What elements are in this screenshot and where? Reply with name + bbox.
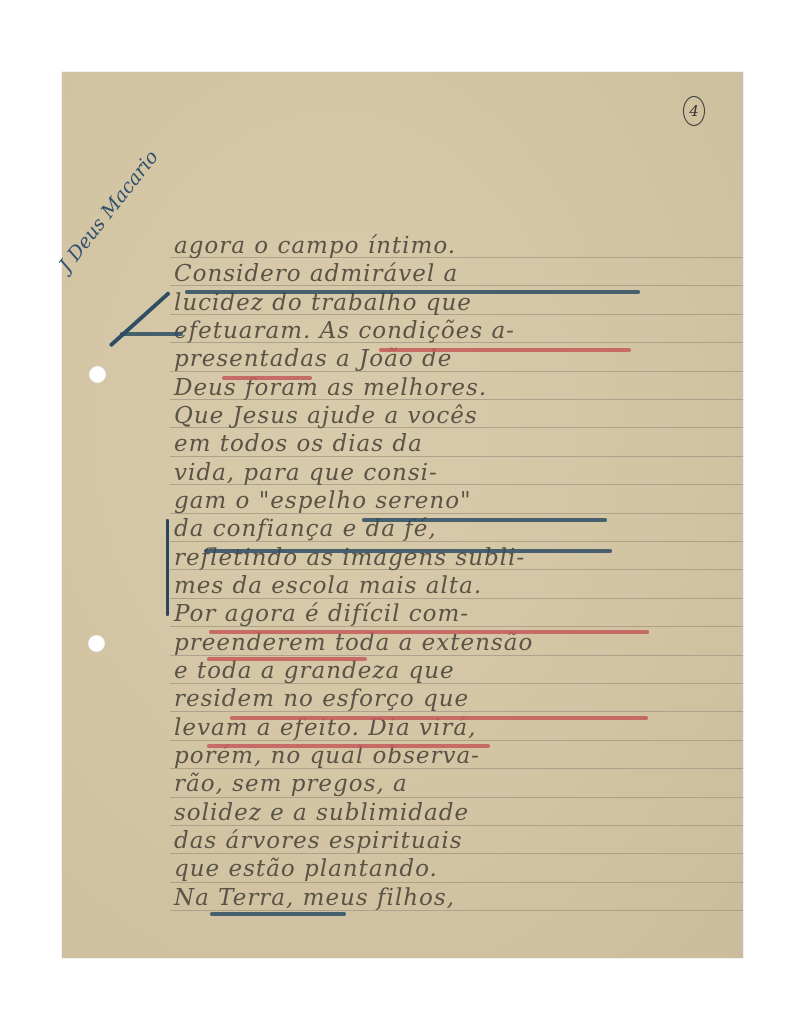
margin-blue-stroke	[109, 291, 171, 348]
text-line: solidez e a sublimidade	[174, 799, 739, 827]
red-underline	[230, 716, 648, 720]
blue-underline	[204, 549, 612, 553]
blue-underline	[210, 912, 346, 916]
text-line: efetuaram. As condições a-	[174, 317, 739, 345]
page-number: 4	[683, 96, 705, 126]
red-underline	[209, 630, 649, 634]
blue-margin-bar	[166, 519, 169, 616]
manuscript-page: 4 J Deus Macario agora o campo íntimo. C…	[62, 72, 743, 958]
blue-underline	[362, 518, 607, 522]
text-line: Considero admirável a	[174, 260, 739, 288]
text-line: em todos os dias da	[174, 430, 739, 458]
text-line: e toda a grandeza que	[174, 657, 739, 685]
text-line: Na Terra, meus filhos,	[174, 884, 739, 912]
text-line: Por agora é difícil com-	[174, 600, 739, 628]
blue-underline	[185, 290, 640, 294]
text-line: que estão plantando.	[174, 855, 739, 883]
text-line: rão, sem pregos, a	[174, 770, 739, 798]
blue-underline	[120, 332, 183, 336]
red-underline	[207, 744, 490, 748]
text-line: das árvores espirituais	[174, 827, 739, 855]
red-underline	[379, 348, 631, 352]
text-line: Que Jesus ajude a vocês	[174, 402, 739, 430]
text-line: gam o "espelho sereno"	[174, 487, 739, 515]
text-line: agora o campo íntimo.	[174, 232, 739, 260]
red-underline	[222, 376, 312, 380]
punch-hole-bottom	[88, 635, 105, 652]
margin-annotation: J Deus Macario	[55, 146, 163, 276]
text-line: vida, para que consi-	[174, 459, 739, 487]
punch-hole-top	[89, 366, 106, 383]
text-line: mes da escola mais alta.	[174, 572, 739, 600]
red-underline	[207, 657, 367, 661]
text-line: residem no esforço que	[174, 685, 739, 713]
